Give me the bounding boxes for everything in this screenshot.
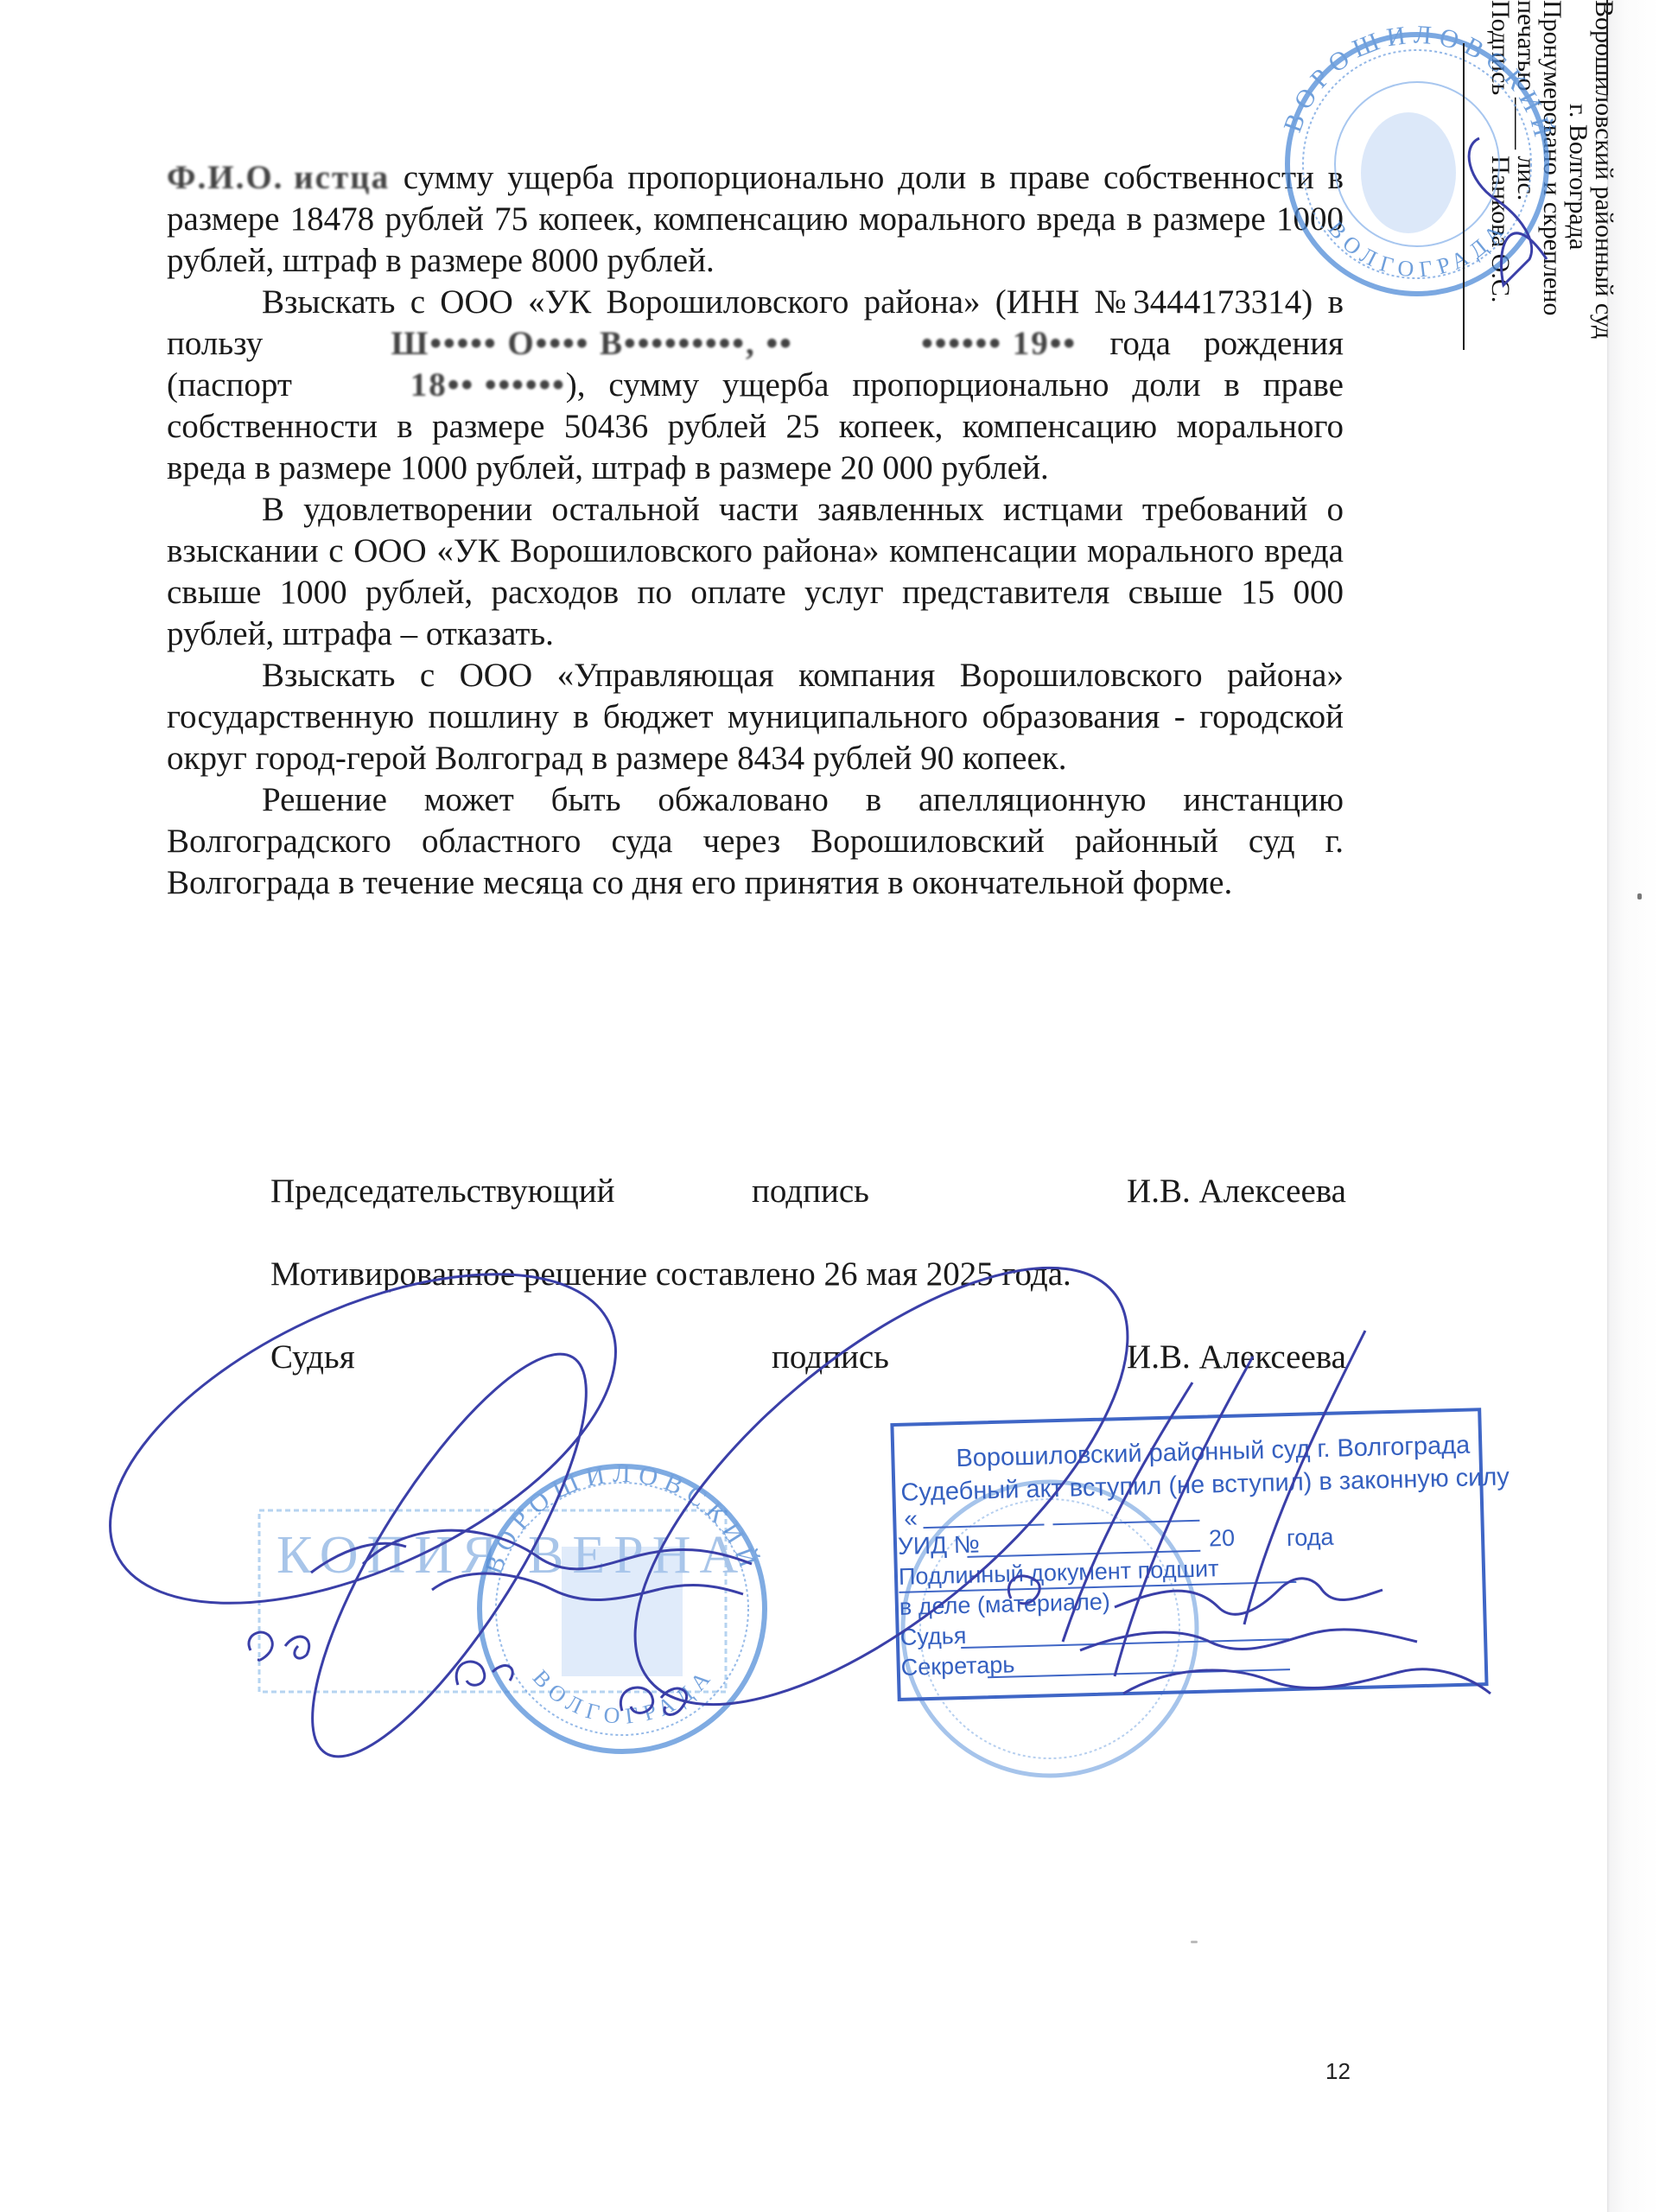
stamp-year-suffix: года — [1287, 1524, 1335, 1551]
margin-stamp-line: печатью ____ лис. — [1513, 0, 1539, 200]
redacted-name: Ш••••• О•••• В•••••••••, •• — [296, 323, 793, 365]
stamp-date-quote: « — [904, 1504, 918, 1531]
scan-speck — [1637, 893, 1642, 899]
paragraph-1: Ф.И.О. истца сумму ущерба пропорциональн… — [167, 157, 1344, 282]
margin-stamp-line: Ворошиловский районный суд — [1591, 0, 1617, 339]
paragraph-2: Взыскать с ООО «УК Ворошиловского района… — [167, 282, 1344, 489]
redacted-passport: 18•• •••••• — [315, 365, 566, 406]
judge-sign-label: подпись — [772, 1338, 889, 1376]
copy-stamp-text: КОПИЯ ВЕРНА — [276, 1526, 747, 1585]
margin-stamp-line: Подпись — [1487, 0, 1513, 95]
redacted-name: Ф.И.О. истца — [167, 157, 390, 199]
reasoned-decision-row: Мотивированное решение составлено 26 мая… — [270, 1255, 1346, 1296]
legal-force-stamp: Ворошиловский районный суд г. Волгограда… — [892, 1408, 1515, 1700]
stamp-secretary-label: Секретарь — [900, 1651, 1014, 1680]
stamp-original-filed: Подлинный документ подшит — [899, 1555, 1219, 1590]
margin-stamp-line: г. Волгограда — [1565, 104, 1591, 250]
reasoned-decision-date: Мотивированное решение составлено 26 мая… — [270, 1255, 1071, 1294]
round-seal-right — [903, 1482, 1197, 1776]
page-number: 12 — [1325, 2058, 1351, 2085]
svg-text:ВОЛГОГРАДА: ВОЛГОГРАДА — [528, 1662, 720, 1729]
margin-binding-stamp: Ворошиловский районный суд г. Волгограда… — [1465, 0, 1620, 354]
paragraph-4: Взыскать с ООО «Управляющая компания Вор… — [167, 655, 1344, 779]
document-body: Ф.И.О. истца сумму ущерба пропорциональн… — [167, 157, 1344, 904]
judge-signature-row: Судья подпись И.В. Алексеева — [270, 1338, 1346, 1379]
presiding-sign-label: подпись — [752, 1172, 869, 1211]
copy-true-stamp: КОПИЯ ВЕРНА — [259, 1510, 747, 1692]
presiding-name: И.В. Алексеева — [1127, 1172, 1346, 1211]
svg-text:ВОРОШИЛОВСКИЙ: ВОРОШИЛОВСКИЙ — [479, 1459, 765, 1578]
stamp-legal-force: Судебный акт вступил (не вступил) в зако… — [900, 1463, 1510, 1506]
stamp-uid: УИД № — [898, 1530, 980, 1559]
presiding-role: Председательствующий — [270, 1172, 614, 1211]
scan-speck — [1191, 1941, 1198, 1943]
margin-stamp-line: Панкова О.С. — [1487, 156, 1513, 302]
stamp-judge-label: Судья — [899, 1623, 966, 1650]
paragraph-5: Решение может быть обжаловано в апелляци… — [167, 779, 1344, 904]
stamp-case-file: в деле (материале) — [899, 1589, 1111, 1620]
redacted-birthdate: •••••• 19•• — [826, 323, 1077, 365]
round-seal-bottom: ВОРОШИЛОВСКИЙ ВОЛГОГРАДА — [479, 1459, 765, 1751]
margin-stamp-line: Пронумеровано и скреплено — [1539, 0, 1565, 315]
paragraph-3: В удовлетворении остальной части заявлен… — [167, 489, 1344, 655]
presiding-signature-row: Председательствующий подпись И.В. Алексе… — [270, 1172, 1346, 1213]
stamp-year: 20 — [1209, 1525, 1236, 1552]
judge-name: И.В. Алексеева — [1127, 1338, 1346, 1376]
judge-role: Судья — [270, 1338, 355, 1376]
stamp-court-name: Ворошиловский районный суд г. Волгограда — [956, 1432, 1471, 1473]
